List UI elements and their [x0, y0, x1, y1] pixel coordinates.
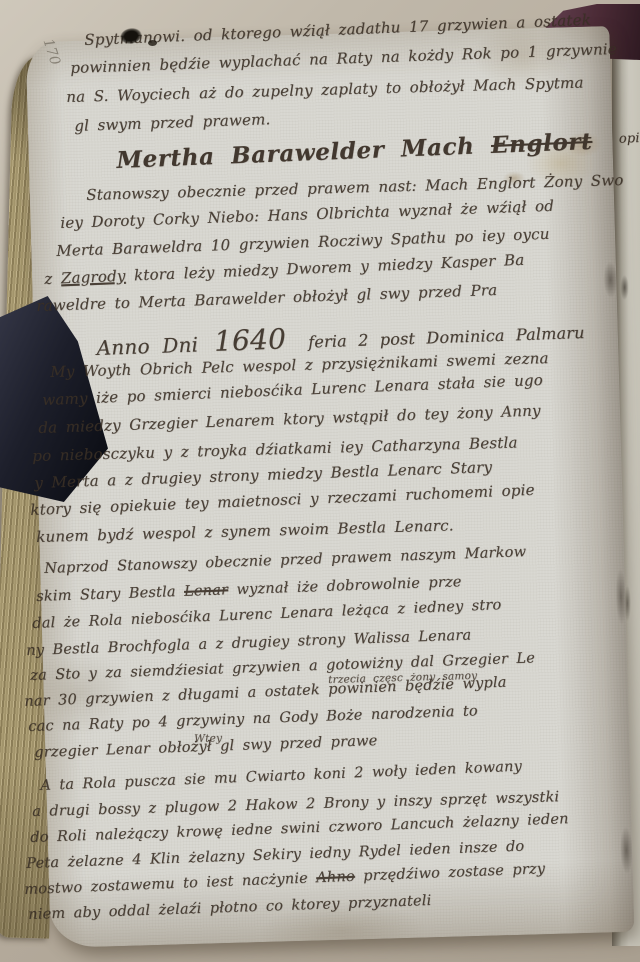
struck-word: Lenar: [184, 582, 229, 600]
handwritten-text: Spytmanowi. od ktorego wźiął zadathu 17 …: [0, 0, 640, 962]
manuscript-photo: 170 Spytmanowi. od ktorego wźiął zadathu…: [0, 0, 640, 962]
manuscript-line: raweldre to Merta Barawelder obłożył gl …: [36, 281, 498, 315]
manuscript-line: Naprzod Stanowszy obecznie przed prawem …: [44, 544, 526, 577]
heading-names: Mertha Barawelder Mach: [116, 133, 475, 174]
year-1640: 1640: [213, 322, 286, 357]
struck-word: Ahno: [316, 869, 355, 887]
manuscript-line: da miedzy Grzegier Lenarem ktory wstąpił…: [38, 401, 541, 437]
manuscript-line: gl swym przed prawem.: [74, 110, 271, 135]
manuscript-line: cac na Raty po 4 grzywiny na Gody Boże n…: [28, 703, 478, 735]
heading-annotation: opiekun: [619, 130, 640, 147]
manuscript-line: na S. Woyciech aż do zupelny zaplaty to …: [66, 74, 584, 106]
manuscript-line: kunem bydź wespol z synem swoim Bestla L…: [36, 516, 454, 546]
record-heading: Mertha Barawelder Mach Englort opiekun: [116, 125, 640, 174]
manuscript-line: niem aby oddal żelaźi płotno co ktorey p…: [28, 893, 432, 923]
anno-domini-label: Anno Dni: [96, 332, 198, 360]
manuscript-line: A ta Rola puscza sie mu Cwiarto koni 2 w…: [40, 759, 522, 794]
ink-speck: [148, 40, 157, 46]
underlined-word: Zagrody: [61, 267, 126, 288]
feria-note: feria 2 post Dominica Palmaru: [308, 323, 585, 352]
heading-struck-name: Englort: [490, 128, 592, 159]
